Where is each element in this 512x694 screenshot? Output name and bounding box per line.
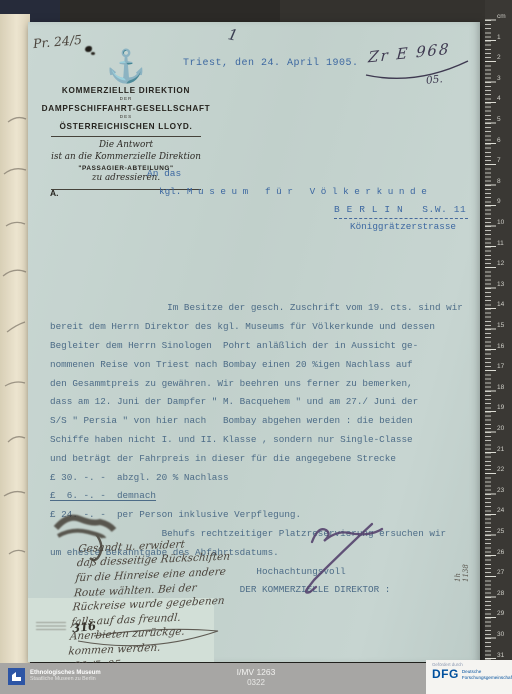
archive-footer-bar: Ethnologisches Museum Staatliche Museen … <box>0 663 512 694</box>
ruler-label: 27 <box>497 556 511 577</box>
letter-body-line: bereit dem Herrn Direktor des kgl. Museu… <box>50 318 463 337</box>
handwritten-file-year: 05. <box>425 73 443 87</box>
ruler-label: 1 <box>497 21 511 42</box>
ruler-label: 24 <box>497 494 511 515</box>
ruler-label: 19 <box>497 391 511 412</box>
letterhead-lloyd: ÖSTERREICHISCHEN LLOYD. <box>36 121 216 132</box>
letter-body-line: Begleiter dem Herrn Sinologen Pohrt anlä… <box>50 337 463 356</box>
ruler-label: 14 <box>497 288 511 309</box>
ruler-label: 3 <box>497 62 511 83</box>
address-city: B E R L I N S.W. 11 <box>334 204 466 215</box>
ruler-label: 13 <box>497 268 511 289</box>
letterhead-der: DER <box>36 96 216 103</box>
ruler-label: 23 <box>497 474 511 495</box>
ruler-label: 8 <box>497 165 511 186</box>
address-city-underline <box>334 218 468 219</box>
ruler-label: 29 <box>497 597 511 618</box>
letter-body-line: £ 30. -. - abzgl. 20 % Nachlass <box>50 469 463 488</box>
ruler-label: 26 <box>497 535 511 556</box>
letterhead-rule <box>51 136 201 137</box>
archival-scan-view: Pr. 24/5 1 Zr E 968 05. ⚓ KOMMERZIELLE D… <box>0 0 512 694</box>
ruler-label: 15 <box>497 309 511 330</box>
handwritten-file-number: Zr E 968 <box>368 40 452 67</box>
marginalia-strokes <box>0 14 30 680</box>
ruler-label: 5 <box>497 103 511 124</box>
letter-body-line: Schiffe haben nicht I. und II. Klasse , … <box>50 431 463 450</box>
ruler-label: 31 <box>497 638 511 659</box>
dfg-name: Deutsche Forschungsgemeinschaft <box>462 668 502 680</box>
ruler-label: 7 <box>497 144 511 165</box>
ruler-label: 17 <box>497 350 511 371</box>
letter-body-line: nommenen Reise von Triest nach Bombay ei… <box>50 356 463 375</box>
address-street: Königgrätzerstrasse <box>350 221 456 232</box>
letter-body-line: und beträgt der Fahrpreis in dieser für … <box>50 450 463 469</box>
ruler-label: 16 <box>497 330 511 351</box>
ruler-label: 12 <box>497 247 511 268</box>
letter-body-line: S/S " Persia " von hier nach Bombay abge… <box>50 412 463 431</box>
letter-body-line: dass am 12. Juni der Dampfer " M. Bacque… <box>50 393 463 412</box>
ruler-label: 30 <box>497 618 511 639</box>
letterhead-note-1: Die Antwort <box>36 140 216 152</box>
ruler-label: 6 <box>497 124 511 145</box>
letterhead-note-2: ist an die Kommerzielle Direktion <box>36 152 216 164</box>
address-recipient: kgl. M u s e u m f ü r V ö l k e r k u n… <box>159 186 427 197</box>
letterhead-ref: A. <box>50 188 59 198</box>
letter-body-line: Im Besitze der gesch. Zuschrift vom 19. … <box>50 299 463 318</box>
letter-page: Pr. 24/5 1 Zr E 968 05. ⚓ KOMMERZIELLE D… <box>28 22 480 662</box>
ruler-label: 22 <box>497 453 511 474</box>
dateline: Triest, den 24. April 1905. <box>183 58 359 69</box>
letterhead-title: KOMMERZIELLE DIREKTION <box>36 85 216 96</box>
ruler-label: 10 <box>497 206 511 227</box>
ruler-label: 4 <box>497 82 511 103</box>
letterhead: ⚓ KOMMERZIELLE DIREKTION DER DAMPFSCHIFF… <box>36 48 216 193</box>
letterhead-company: DAMPFSCHIFFAHRT-GESELLSCHAFT <box>36 103 216 114</box>
ruler-label: 21 <box>497 432 511 453</box>
handwritten-side-mark: 1h 1138 <box>454 556 470 582</box>
ruler-label: 20 <box>497 412 511 433</box>
handwritten-reply-note: Gesandt u. erwidertdaß diesseitige Rücks… <box>65 491 236 688</box>
dfg-panel: Gefördert durch DFG Deutsche Forschungsg… <box>426 660 512 694</box>
ruler-label: cm <box>497 0 511 21</box>
ruler-label: 25 <box>497 515 511 536</box>
ruler-label: 9 <box>497 185 511 206</box>
ruler-label: 28 <box>497 577 511 598</box>
ruler-label: 11 <box>497 227 511 248</box>
address-salutation: An das <box>147 168 181 179</box>
ruler-label: 2 <box>497 41 511 62</box>
letterhead-passagier-abteilung: "PASSAGIER-ABTEILUNG" <box>36 164 216 174</box>
dfg-logo: DFG <box>432 668 459 680</box>
tiny-stamp-smudge <box>36 622 66 630</box>
letter-body-line: den Gesammtpreis zu gewähren. Wir beehre… <box>50 375 463 394</box>
measuring-ruler: cm12345678910111213141516171819202122232… <box>497 0 511 662</box>
ruler-major-ticks <box>485 0 496 662</box>
letterhead-des: DES <box>36 114 216 121</box>
handwritten-page-mark: 1 <box>226 25 239 45</box>
previous-page-edge <box>0 14 30 680</box>
letterhead-note-4: zu adressieren. <box>36 173 216 185</box>
ruler-label: 18 <box>497 371 511 392</box>
folio-number: 316 <box>71 619 96 635</box>
